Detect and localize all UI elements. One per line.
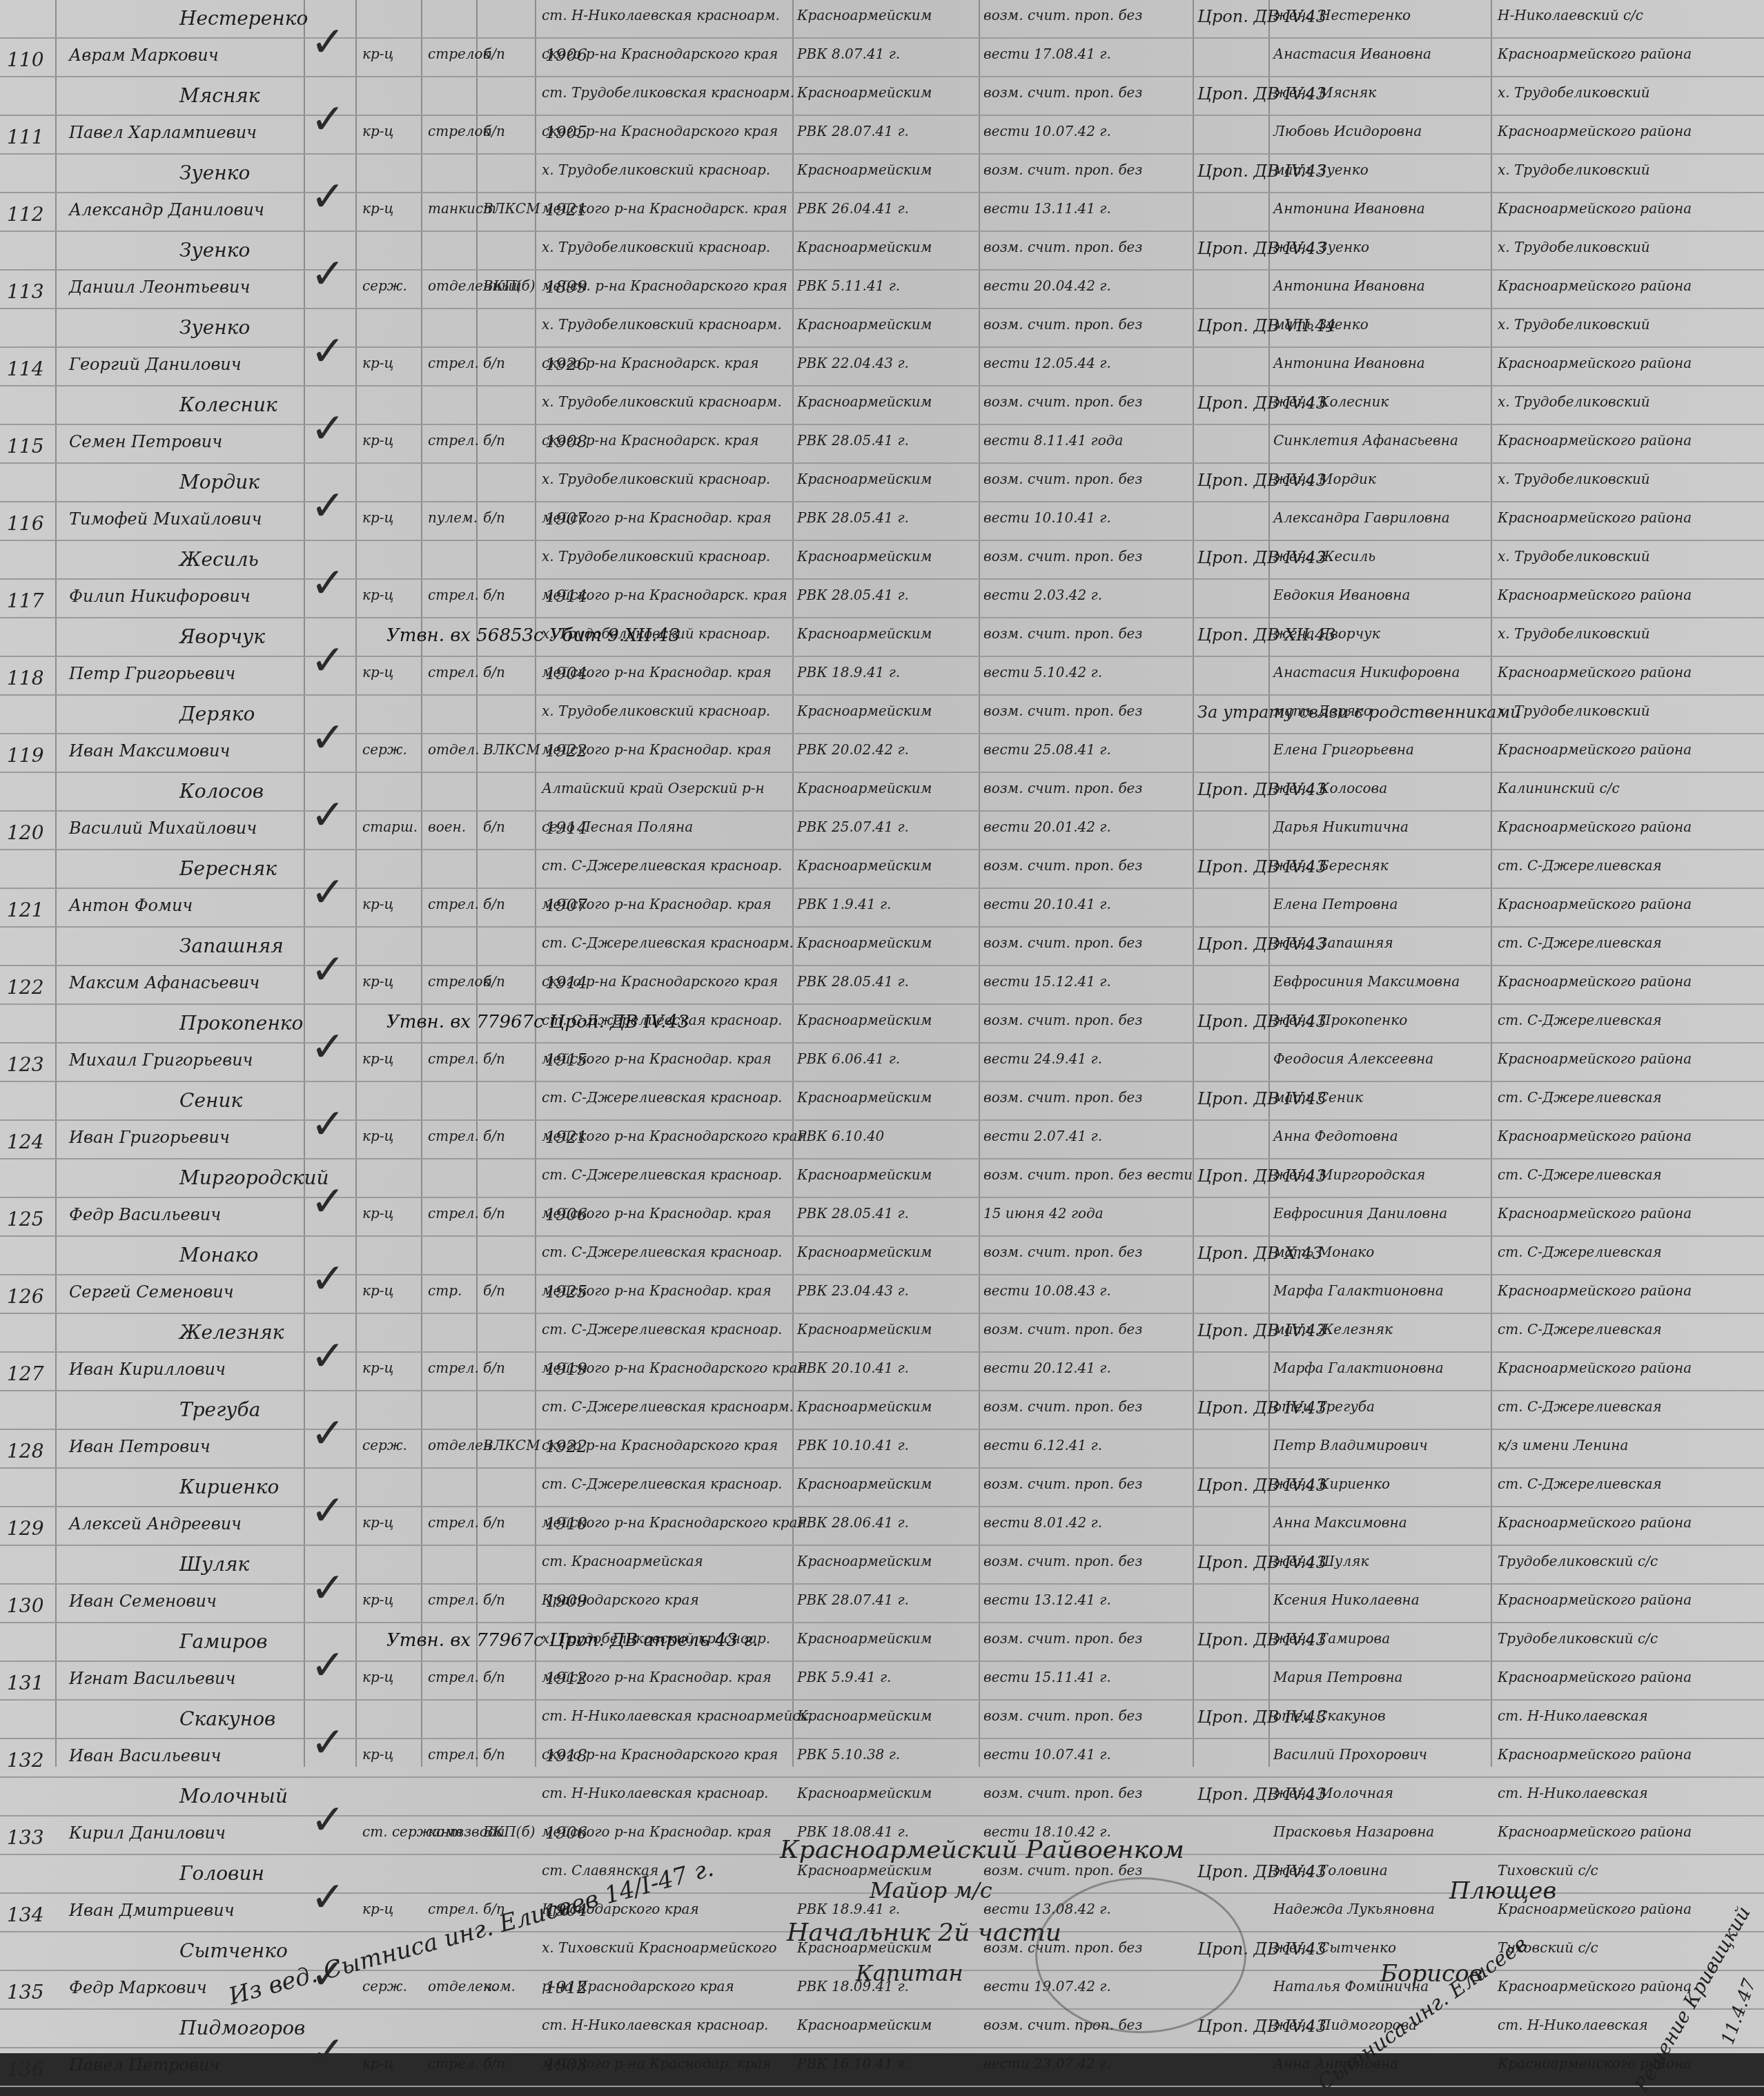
rank: кр-ц (362, 1282, 393, 1299)
captain-label: Капитан (856, 1960, 963, 1986)
place-line-1: ст. С-Джерелиевская (1498, 934, 1662, 951)
rvk-label: Красноармейским (797, 471, 932, 487)
specialty: стрел. (428, 1591, 479, 1608)
rvk-date: РВК 28.07.41 г. (797, 123, 909, 139)
specialty: воен. (428, 819, 466, 835)
table-row: Петр Григорьевичкр-цстрел.б/п1904мейског… (0, 657, 1764, 696)
annotation-note: Утвн. вх 77967с Цроп. ДВ апрель 43 г. (386, 1630, 758, 1651)
place-line-1: ст. С-Джерелиевская (1498, 1166, 1662, 1183)
rvk-date: РВК 28.05.41 г. (797, 1205, 909, 1222)
party: б/п (483, 1514, 505, 1531)
relative-line-1: жена Мордик (1273, 471, 1376, 487)
surname: Мясняк (179, 84, 260, 107)
relative-line-1: жена Жесиль (1273, 548, 1375, 565)
place-line-1: ст. С-Джерелиевская (1498, 1398, 1662, 1415)
address-line-1: ст. Н-Николаевская красноар. (542, 2017, 768, 2033)
rvk-label: Красноармейским (797, 857, 932, 874)
place-line-2: Красноармейского района (1498, 973, 1692, 990)
given-name: Иван Петрович (69, 1437, 210, 1456)
place-line-1: х. Трудобеликовский (1498, 161, 1650, 178)
table-row: 132Скакуновст. Н-Николаевская красноарме… (0, 1701, 1764, 1739)
party: б/п (483, 1746, 505, 1763)
given-name: Даниил Леонтьевич (69, 277, 250, 297)
relative-line-1: жена Колесник (1273, 393, 1389, 410)
table-row: Иван Кирилловичкр-цстрел.б/п1919мейского… (0, 1353, 1764, 1391)
address-line-1: х. Трудобеликовский красноар. (542, 239, 770, 255)
table-row: 121Береснякст. С-Джерелиевская красноар.… (0, 850, 1764, 889)
party: б/п (483, 973, 505, 990)
status-line-2: вести 24.9.41 г. (983, 1050, 1102, 1067)
surname: Колесник (179, 393, 277, 416)
specialty: стрел. (428, 587, 479, 603)
table-row: Иван Васильевичкр-цстрел.б/п1918ского р-… (0, 1739, 1764, 1778)
place-line-2: Красноармейского района (1498, 200, 1692, 217)
surname: Зуенко (179, 161, 250, 184)
relative-line-1: мать Железняк (1273, 1321, 1393, 1338)
table-row: Георгий Даниловичкр-цстрел.б/п1926ского … (0, 348, 1764, 386)
relative-line-1: отец Трегуба (1273, 1398, 1375, 1415)
check-mark-icon: ✓ (311, 714, 345, 762)
rvk-label: Красноармейским (797, 780, 932, 796)
table-row: Михаил Григорьевичкр-цстрел.б/п1915мейск… (0, 1044, 1764, 1082)
relative-line-1: мать Деряко (1273, 703, 1372, 719)
relative-line-1: жена Шуляк (1273, 1553, 1369, 1569)
rvk-date: РВК 26.04.41 г. (797, 200, 909, 217)
place-line-1: ст. Н-Николаевская (1498, 1785, 1648, 1801)
rvk-label: Красноармейским (797, 1089, 932, 1106)
rvk-date: РВК 5.11.41 г. (797, 277, 900, 294)
address-line-2: мейского р-на Краснодар. края (542, 1205, 772, 1222)
rvk-date: РВК 20.10.41 г. (797, 1360, 909, 1376)
relative-line-2: Антонина Ивановна (1273, 355, 1425, 371)
given-name: Федр Васильевич (69, 1205, 221, 1224)
address-line-2: ского р-на Краснодарского края (542, 46, 778, 62)
rvk-date: РВК 20.02.42 г. (797, 741, 909, 758)
given-name: Игнат Васильевич (69, 1669, 235, 1688)
relative-line-2: Мария Петровна (1273, 1669, 1403, 1685)
party: б/п (483, 46, 505, 62)
place-line-1: Калининский с/с (1498, 780, 1620, 796)
relative-line-1: жена Кириенко (1273, 1476, 1390, 1492)
place-line-1: х. Трудобеликовский (1498, 393, 1650, 410)
rvk-label: Красноармейским (797, 239, 932, 255)
check-mark-icon: ✓ (311, 868, 345, 917)
rvk-label: Красноармейским (797, 1476, 932, 1492)
address-line-1: ст. С-Джерелиевская красноар. (542, 1089, 782, 1106)
surname: Шуляк (179, 1553, 249, 1576)
address-line-1: х. Тиховский Красноармейского (542, 1939, 776, 1956)
status-line-2: вести 25.08.41 г. (983, 741, 1111, 758)
address-line-1: ст. С-Джерелиевская красноар. (542, 1476, 782, 1492)
rank: кр-ц (362, 1128, 393, 1144)
surname: Скакунов (179, 1707, 275, 1730)
relative-line-1: жена Нестеренко (1273, 7, 1411, 23)
relative-line-1: отец Скакунов (1273, 1707, 1386, 1724)
place-line-2: к/з имени Ленина (1498, 1437, 1628, 1453)
given-name: Иван Григорьевич (69, 1128, 230, 1147)
place-line-1: ст. С-Джерелиевская (1498, 857, 1662, 874)
surname: Жесиль (179, 548, 259, 571)
given-name: Иван Дмитриевич (69, 1901, 235, 1920)
relative-line-1: мать Зуенко (1273, 316, 1369, 333)
party: б/п (483, 509, 505, 526)
address-line-2: мейского р-на Краснодарского края (542, 1514, 807, 1531)
specialty: стрелок (428, 123, 491, 139)
rvk-label: Красноармейским (797, 1630, 932, 1647)
relative-line-1: жена Миргородская (1273, 1166, 1425, 1183)
place-line-2: Красноармейского района (1498, 587, 1692, 603)
rank: кр-ц (362, 46, 393, 62)
table-row: 123Прокопенкост. С-Джерелиевская красноа… (0, 1005, 1764, 1044)
address-line-2: мейского р-на Краснодар. края (542, 1282, 772, 1299)
status-line-1: возм. счит. проп. без (983, 1553, 1142, 1569)
rvk-date: РВК 5.9.41 г. (797, 1669, 891, 1685)
place-line-1: х. Трудобеликовский (1498, 625, 1650, 642)
table-row: 133Молочныйст. Н-Николаевская красноар.К… (0, 1778, 1764, 1816)
rvk-label: Красноармейским (797, 2017, 932, 2033)
surname: Головин (179, 1862, 264, 1885)
given-name: Филип Никифорович (69, 587, 251, 606)
rank: кр-ц (362, 200, 393, 217)
relative-line-2: Анна Федотовна (1273, 1128, 1398, 1144)
party: б/п (483, 664, 505, 680)
rank: серж. (362, 277, 407, 294)
place-line-2: Красноармейского района (1498, 1978, 1692, 1995)
rvk-label: Красноармейским (797, 934, 932, 951)
party: ВЛКСМ (483, 1437, 540, 1453)
rank: кр-ц (362, 432, 393, 449)
place-line-2: Красноармейского района (1498, 509, 1692, 526)
rvk-label: Красноармейским (797, 316, 932, 333)
address-line-1: ст. С-Джерелиевская красноар. (542, 857, 782, 874)
place-line-1: ст. С-Джерелиевская (1498, 1476, 1662, 1492)
place-line-2: Красноармейского района (1498, 1669, 1692, 1685)
surname: Запашняя (179, 934, 284, 957)
table-row: 130Шулякст. КрасноармейскаяКрасноармейск… (0, 1546, 1764, 1585)
relative-line-2: Елена Григорьевна (1273, 741, 1414, 758)
rvk-label: Красноармейским (797, 1862, 932, 1879)
check-mark-icon: ✓ (311, 636, 345, 685)
status-line-1: возм. счит. проп. без (983, 1476, 1142, 1492)
relative-line-1: жена Головина (1273, 1862, 1388, 1879)
check-mark-icon: ✓ (311, 1100, 345, 1148)
status-line-2: вести 2.03.42 г. (983, 587, 1102, 603)
table-row: 115Колесникх. Трудобеликовский красноарм… (0, 386, 1764, 425)
address-line-1: х. Трудобеликовский красноар. (542, 548, 770, 565)
signature-plyushchev: Плющев (1449, 1877, 1556, 1905)
place-line-2: Красноармейского района (1498, 1746, 1692, 1763)
rvk-date: РВК 28.05.41 г. (797, 432, 909, 449)
relative-line-2: Евдокия Ивановна (1273, 587, 1410, 603)
table-row: 126Монакост. С-Джерелиевская красноар.Кр… (0, 1237, 1764, 1275)
check-mark-icon: ✓ (311, 482, 345, 530)
status-line-1: возм. счит. проп. без (983, 316, 1142, 333)
address-line-1: ст. Н-Николаевская красноар. (542, 1785, 768, 1801)
party: б/п (483, 587, 505, 603)
specialty: стрел. (428, 1514, 479, 1531)
relative-line-2: Ксения Николаевна (1273, 1591, 1420, 1608)
address-line-1: ст. С-Джерелиевская красноар. (542, 1244, 782, 1260)
relative-line-1: жена Бересняк (1273, 857, 1389, 874)
status-line-2: вести 13.12.41 г. (983, 1591, 1111, 1608)
table-row: 119Дерякох. Трудобеликовский красноар.Кр… (0, 696, 1764, 734)
place-line-2: Красноармейского района (1498, 1514, 1692, 1531)
table-row: 118Яворчукх. Трудобеликовский красноар.К… (0, 618, 1764, 657)
status-line-1: возм. счит. проп. без (983, 1785, 1142, 1801)
place-line-1: ст. С-Джерелиевская (1498, 1012, 1662, 1028)
given-name: Тимофей Михайлович (69, 509, 262, 529)
place-line-1: х. Трудобеликовский (1498, 471, 1650, 487)
table-row: 124Сеникст. С-Джерелиевская красноар.Кра… (0, 1082, 1764, 1121)
relative-line-1: мать Монако (1273, 1244, 1374, 1260)
address-line-2: мейского р-на Краснодар. края (542, 896, 772, 912)
place-line-2: Красноармейского района (1498, 432, 1692, 449)
specialty: стрел. (428, 1050, 479, 1067)
check-mark-icon: ✓ (311, 327, 345, 375)
place-line-2: Красноармейского района (1498, 896, 1692, 912)
check-mark-icon: ✓ (311, 173, 345, 221)
relative-line-2: Дарья Никитична (1273, 819, 1409, 835)
relative-line-1: жена Колосова (1273, 780, 1387, 796)
check-mark-icon: ✓ (311, 1873, 345, 1921)
surname: Зуенко (179, 239, 250, 262)
specialty: стр. (428, 1282, 462, 1299)
rank: кр-ц (362, 1669, 393, 1685)
surname: Зуенко (179, 316, 250, 339)
table-row: Аврам Марковичкр-цстрелокб/п1906ского р-… (0, 39, 1764, 77)
surname: Прокопенко (179, 1012, 303, 1035)
surname: Миргородский (179, 1166, 329, 1189)
address-line-2: ского р-на Краснодарского края (542, 1437, 778, 1453)
place-line-1: ст. Н-Николаевская (1498, 2017, 1648, 2033)
surname: Бересняк (179, 857, 277, 880)
surname: Мордик (179, 471, 259, 493)
rvk-date: РВК 5.10.38 г. (797, 1746, 900, 1763)
relative-line-1: жена Яворчук (1273, 625, 1380, 642)
rvk-label: Красноармейским (797, 1166, 932, 1183)
party: б/п (483, 1205, 505, 1222)
relative-line-2: Антонина Ивановна (1273, 200, 1425, 217)
rank: кр-ц (362, 1205, 393, 1222)
status-line-2: вести 10.10.41 г. (983, 509, 1111, 526)
address-line-1: ст. Н-Николаевская красноарм. (542, 7, 780, 23)
address-line-2: мейского р-на Краснодар. края (542, 1050, 772, 1067)
check-mark-icon: ✓ (311, 95, 345, 144)
surname: Кириенко (179, 1476, 279, 1498)
surname: Деряко (179, 703, 255, 725)
address-line-2: ского р-на Краснодарского края (542, 123, 778, 139)
table-row: 129Кириенкост. С-Джерелиевская красноар.… (0, 1469, 1764, 1507)
address-line-2: ского р-на Краснодарского края (542, 1746, 778, 1763)
rank: кр-ц (362, 1591, 393, 1608)
rank: кр-ц (362, 664, 393, 680)
address-line-1: х. Трудобеликовский красноар. (542, 703, 770, 719)
check-mark-icon: ✓ (311, 1487, 345, 1535)
specialty: стрел. (428, 432, 479, 449)
place-line-2: Красноармейского района (1498, 1128, 1692, 1144)
table-row: 110Нестеренкост. Н-Николаевская красноар… (0, 0, 1764, 39)
rvk-date: РВК 6.06.41 г. (797, 1050, 900, 1067)
party: б/п (483, 2055, 505, 2072)
status-line-1: возм. счит. проп. без (983, 1630, 1142, 1647)
status-line-1: возм. счит. проп. без (983, 703, 1142, 719)
rvk-date: РВК 6.10.40 (797, 1128, 884, 1144)
table-row: 136Пидмогоровст. Н-Николаевская красноар… (0, 2010, 1764, 2048)
given-name: Сергей Семенович (69, 1282, 234, 1302)
check-mark-icon: ✓ (311, 2028, 345, 2074)
place-line-2: Красноармейского района (1498, 355, 1692, 371)
surname: Гамиров (179, 1630, 268, 1653)
specialty: стрел. (428, 1746, 479, 1763)
check-mark-icon: ✓ (311, 1332, 345, 1380)
rvk-label: Красноармейским (797, 1398, 932, 1415)
status-line-2: вести 12.05.44 г. (983, 355, 1111, 371)
party: б/п (483, 1128, 505, 1144)
table-row: Иван Семеновичкр-цстрел.б/п1909Краснодар… (0, 1585, 1764, 1623)
given-name: Павел Харлампиевич (69, 123, 257, 142)
surname: Молочный (179, 1785, 288, 1808)
surname: Монако (179, 1244, 258, 1266)
table-row: 114Зуенкох. Трудобеликовский красноарм.К… (0, 309, 1764, 348)
table-row: 127Железнякст. С-Джерелиевская красноар.… (0, 1314, 1764, 1353)
address-line-1: ст. С-Джерелиевская красноарм. (542, 934, 794, 951)
table-row: Павел Харлампиевичкр-цстрелокб/п1905ског… (0, 116, 1764, 155)
table-row: Сергей Семеновичкр-цстр.б/п1925мейского … (0, 1275, 1764, 1314)
party: б/п (483, 432, 505, 449)
party: б/п (483, 355, 505, 371)
party: б/п (483, 1282, 505, 1299)
address-line-1: х. Трудобеликовский красноар. (542, 471, 770, 487)
address-line-1: ст. С-Джерелиевская красноарм. (542, 1398, 794, 1415)
place-line-1: х. Трудобеликовский (1498, 316, 1650, 333)
status-line-1: возм. счит. проп. без (983, 1707, 1142, 1724)
status-line-1: возм. счит. проп. без (983, 1321, 1142, 1338)
status-line-1: возм. счит. проп. без (983, 471, 1142, 487)
address-line-1: ст. Трудобеликовская красноарм. (542, 84, 794, 101)
place-line-2: Красноармейского района (1498, 46, 1692, 62)
address-line-2: Краснодарского края (542, 1591, 699, 1608)
surname: Нестеренко (179, 7, 308, 30)
address-line-1: ст. Н-Николаевская красноармейск. (542, 1707, 813, 1724)
address-line-1: х. Трудобеликовский красноар. (542, 161, 770, 178)
status-line-1: возм. счит. проп. без (983, 84, 1142, 101)
status-line-1: возм. счит. проп. без (983, 857, 1142, 874)
status-line-1: возм. счит. проп. без (983, 780, 1142, 796)
rank: кр-ц (362, 1514, 393, 1531)
specialty: пулем. (428, 509, 478, 526)
status-line-1: возм. счит. проп. без (983, 7, 1142, 23)
check-mark-icon: ✓ (311, 404, 345, 453)
table-row: Василий Михайловичстарш.воен.б/п1914село… (0, 812, 1764, 850)
check-mark-icon: ✓ (311, 1564, 345, 1612)
table-row: Иван Григорьевичкр-цстрел.б/п1921мейског… (0, 1121, 1764, 1159)
relative-line-1: жена Молочная (1273, 1785, 1393, 1801)
address-line-2: мейского р-на Краснодарск. края (542, 587, 787, 603)
official-stamp (1035, 1877, 1246, 2033)
check-mark-icon: ✓ (311, 250, 345, 298)
rank: кр-ц (362, 1746, 393, 1763)
place-line-2: Красноармейского района (1498, 1050, 1692, 1067)
status-line-2: вести 8.11.41 года (983, 432, 1123, 449)
rvk-date: РВК 18.9.41 г. (797, 664, 900, 680)
status-line-1: возм. счит. проп. без (983, 1862, 1142, 1879)
status-line-2: вести 20.04.42 г. (983, 277, 1111, 294)
table-row: Максим Афанасьевичкр-цстрелокб/п1914ског… (0, 966, 1764, 1005)
given-name: Семен Петрович (69, 432, 222, 451)
relative-line-2: Василий Прохорович (1273, 1746, 1427, 1763)
address-line-1: ст. С-Джерелиевская красноар. (542, 1166, 782, 1183)
status-line-1: возм. счит. проп. без (983, 548, 1142, 565)
address-line-1: х. Трудобеликовский красноарм. (542, 316, 782, 333)
rank: кр-ц (362, 123, 393, 139)
specialty: стрел. (428, 1901, 479, 1917)
rank: серж. (362, 1978, 407, 1995)
relative-line-2: Любовь Исидоровна (1273, 123, 1422, 139)
rvk-date: РВК 23.04.43 г. (797, 1282, 909, 1299)
check-mark-icon: ✓ (311, 1409, 345, 1458)
table-row: Игнат Васильевичкр-цстрел.б/п1912мейског… (0, 1662, 1764, 1701)
check-mark-icon: ✓ (311, 1177, 345, 1226)
place-line-1: ст. С-Джерелиевская (1498, 1089, 1662, 1106)
rvk-label: Красноармейским (797, 625, 932, 642)
party: б/п (483, 1669, 505, 1685)
party: ком. (483, 1978, 516, 1995)
annotation-note: Утвн. вх 56853с Убит 9.XII.43 (386, 625, 680, 646)
status-line-1: возм. счит. проп. без (983, 393, 1142, 410)
address-line-2: мейского р-на Краснодар. края (542, 509, 772, 526)
surname: Пидмогоров (179, 2017, 305, 2039)
office-label: Красноармейский Райвоенком (780, 1836, 1184, 1864)
address-line-2: мейского р-на Краснодарск. края (542, 200, 787, 217)
status-line-2: вести 20.10.41 г. (983, 896, 1111, 912)
specialty: стрел. (428, 896, 479, 912)
status-line-1: возм. счит. проп. без (983, 1398, 1142, 1415)
rank: кр-ц (362, 1050, 393, 1067)
rvk-label: Красноармейским (797, 1012, 932, 1028)
party: ВКП(б) (483, 1823, 535, 1840)
place-line-2: Красноармейского района (1498, 277, 1692, 294)
surname: Сеник (179, 1089, 242, 1112)
status-line-2: вести 20.01.42 г. (983, 819, 1111, 835)
rvk-date: РВК 10.10.41 г. (797, 1437, 909, 1453)
address-line-2: ского р-на Краснодарск. края (542, 355, 759, 371)
table-row: 117Жесильх. Трудобеликовский красноар.Кр… (0, 541, 1764, 580)
surname: Трегуба (179, 1398, 260, 1421)
relative-line-2: Синклетия Афанасьевна (1273, 432, 1458, 449)
place-line-1: Тиховский с/с (1498, 1862, 1598, 1879)
rvk-date: РВК 28.05.41 г. (797, 973, 909, 990)
address-line-2: мейского р-на Краснодарского края (542, 1360, 807, 1376)
rank: кр-ц (362, 355, 393, 371)
given-name: Василий Михайлович (69, 819, 257, 838)
place-line-2: Красноармейского района (1498, 1823, 1692, 1840)
table-row: 112Зуенкох. Трудобеликовский красноар.Кр… (0, 155, 1764, 193)
address-line-2: мейского р-на Краснодарского края (542, 1128, 807, 1144)
status-line-1: возм. счит. проп. без (983, 934, 1142, 951)
table-row: 122Запашняяст. С-Джерелиевская красноарм… (0, 928, 1764, 966)
relative-line-2: Анастасия Ивановна (1273, 46, 1431, 62)
rvk-date: РВК 22.04.43 г. (797, 355, 909, 371)
address-line-2: мейского р-на Краснодар. края (542, 1669, 772, 1685)
rvk-date: РВК 8.07.41 г. (797, 46, 900, 62)
address-line-2: мейского р-на Краснодар. края (542, 664, 772, 680)
place-line-1: ст. С-Джерелиевская (1498, 1244, 1662, 1260)
party: б/п (483, 1591, 505, 1608)
rvk-date: РВК 1.9.41 г. (797, 896, 891, 912)
place-line-2: Красноармейского района (1498, 664, 1692, 680)
status-line-2: вести 10.08.43 г. (983, 1282, 1111, 1299)
relative-line-1: жена Прокопенко (1273, 1012, 1407, 1028)
